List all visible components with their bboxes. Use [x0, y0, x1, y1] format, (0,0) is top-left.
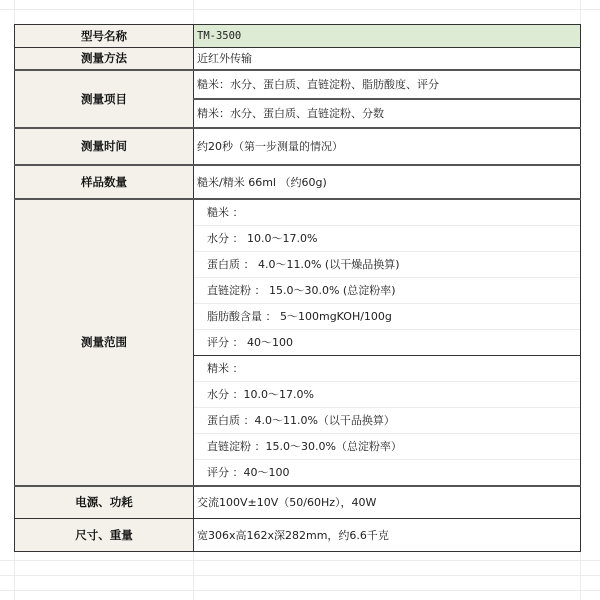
cell-method-label[interactable]: 测量方法 [15, 48, 194, 70]
range-polished-rice-block: 精米 ： 水分 ：10.0～17.0% 蛋白质 ：4.0～11.0%（以干品换算… [194, 355, 580, 485]
spec-table: 型号名称 TM-3500 测量方法 近红外传输 测量项目 糙米：水分、蛋白质、直… [14, 24, 581, 552]
cell-items-polished[interactable]: 精米：水分、蛋白质、直链淀粉、分数 [194, 99, 581, 128]
gridline [0, 590, 600, 591]
cell-size-label[interactable]: 尺寸、重量 [15, 519, 194, 552]
range-line[interactable]: 精米 ： [194, 356, 580, 382]
cell-sample-value[interactable]: 糙米/精米 66ml （约60g) [194, 165, 581, 199]
gridline [0, 560, 600, 561]
cell-power-value[interactable]: 交流100V±10V（50/60Hz），40W [194, 486, 581, 519]
cell-time-value[interactable]: 约20秒（第一步测量的情况） [194, 128, 581, 165]
row-model: 型号名称 TM-3500 [15, 25, 581, 48]
range-line[interactable]: 评分 ：40～100 [194, 460, 580, 485]
spec-sheet: 型号名称 TM-3500 测量方法 近红外传输 测量项目 糙米：水分、蛋白质、直… [14, 24, 580, 552]
range-line[interactable]: 直链淀粉 ： 15.0～30.0% (总淀粉率) [194, 278, 580, 304]
range-line[interactable]: 评分 ： 40～100 [194, 330, 580, 355]
row-items: 测量项目 糙米：水分、蛋白质、直链淀粉、脂肪酸度、评分 [15, 70, 581, 99]
range-line[interactable]: 脂肪酸含量 ： 5～100mgKOH/100g [194, 304, 580, 330]
row-time: 测量时间 约20秒（第一步测量的情况） [15, 128, 581, 165]
cell-range-label[interactable]: 测量范围 [15, 199, 194, 486]
cell-sample-label[interactable]: 样品数量 [15, 165, 194, 199]
gridline [0, 9, 600, 10]
range-line[interactable]: 蛋白质 ：4.0～11.0%（以干品换算） [194, 408, 580, 434]
row-sample: 样品数量 糙米/精米 66ml （约60g) [15, 165, 581, 199]
range-line[interactable]: 糙米 ： [194, 200, 580, 226]
range-line[interactable]: 蛋白质 ： 4.0～11.0% (以干燥品换算) [194, 252, 580, 278]
cell-range-value: 糙米 ： 水分 ： 10.0～17.0% 蛋白质 ： 4.0～11.0% (以干… [194, 199, 581, 486]
range-line[interactable]: 水分 ： 10.0～17.0% [194, 226, 580, 252]
row-size: 尺寸、重量 宽306x高162x深282mm，约6.6千克 [15, 519, 581, 552]
row-range: 测量范围 糙米 ： 水分 ： 10.0～17.0% 蛋白质 ： 4.0～11.0… [15, 199, 581, 486]
cell-items-label[interactable]: 测量项目 [15, 70, 194, 128]
cell-model-value[interactable]: TM-3500 [194, 25, 581, 48]
row-power: 电源、功耗 交流100V±10V（50/60Hz），40W [15, 486, 581, 519]
cell-method-value[interactable]: 近红外传输 [194, 48, 581, 70]
range-line[interactable]: 水分 ：10.0～17.0% [194, 382, 580, 408]
cell-size-value[interactable]: 宽306x高162x深282mm，约6.6千克 [194, 519, 581, 552]
cell-power-label[interactable]: 电源、功耗 [15, 486, 194, 519]
cell-time-label[interactable]: 测量时间 [15, 128, 194, 165]
gridline [0, 575, 600, 576]
range-line[interactable]: 直链淀粉 ：15.0～30.0%（总淀粉率） [194, 434, 580, 460]
range-brown-rice-block: 糙米 ： 水分 ： 10.0～17.0% 蛋白质 ： 4.0～11.0% (以干… [194, 200, 580, 355]
row-method: 测量方法 近红外传输 [15, 48, 581, 70]
cell-items-brown[interactable]: 糙米：水分、蛋白质、直链淀粉、脂肪酸度、评分 [194, 70, 581, 99]
cell-model-label[interactable]: 型号名称 [15, 25, 194, 48]
